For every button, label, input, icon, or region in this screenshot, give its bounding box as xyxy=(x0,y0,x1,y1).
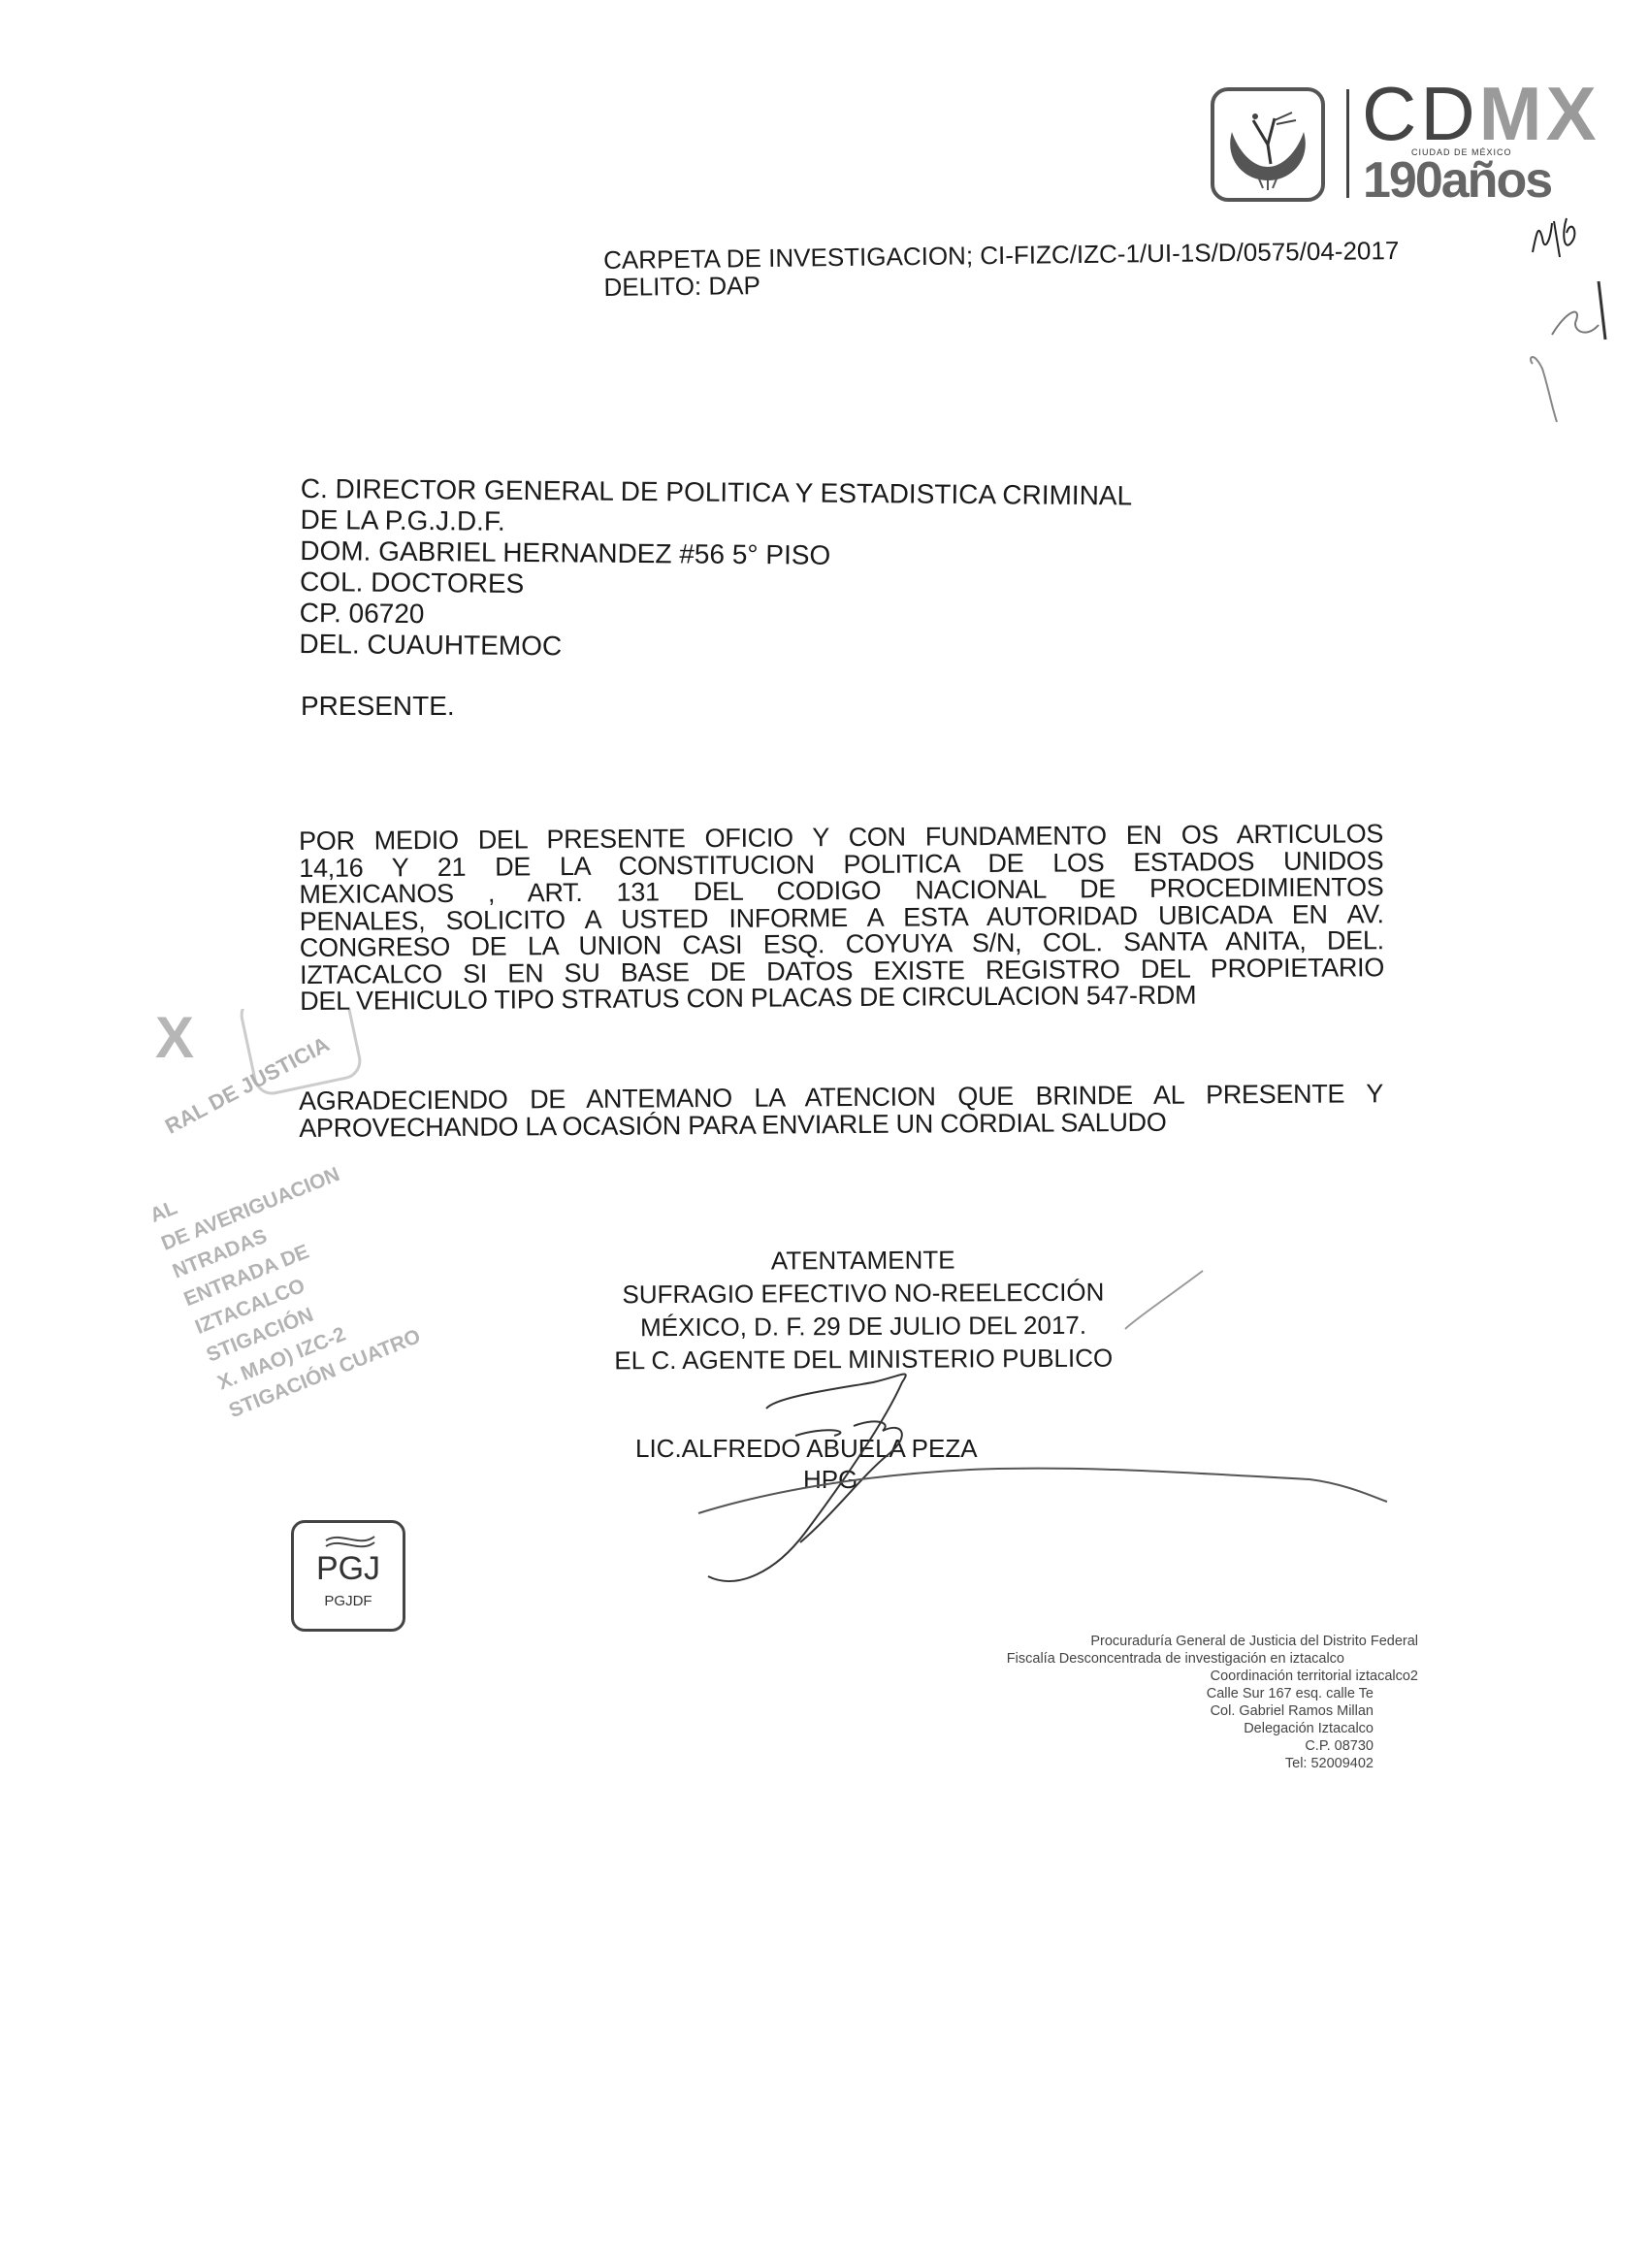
closing-block: ATENTAMENTE SUFRAGIO EFECTIVO NO-REELECC… xyxy=(543,1242,1184,1377)
anniversary-label: 190años xyxy=(1363,155,1551,206)
footer-line: C.P. 08730 xyxy=(1007,1737,1374,1755)
cdmx-wordmark: CDMX xyxy=(1362,76,1600,151)
cdmx-emblem-logo xyxy=(1211,87,1325,202)
salutation: PRESENTE. xyxy=(301,691,455,722)
body-line: DEL VEHICULO TIPO STRATUS CON PLACAS DE … xyxy=(300,981,1384,1015)
case-info: CARPETA DE INVESTIGACION; CI-FIZC/IZC-1/… xyxy=(603,237,1400,301)
cdmx-emblem-icon xyxy=(1214,91,1321,198)
body-paragraph-request: POR MEDIO DEL PRESENTE OFICIO Y CON FUND… xyxy=(299,821,1384,1015)
footer-line: Calle Sur 167 esq. calle Te xyxy=(1007,1685,1374,1702)
body-paragraph-thanks: AGRADECIENDO DE ANTEMANO LA ATENCION QUE… xyxy=(299,1081,1383,1142)
closing-line: SUFRAGIO EFECTIVO NO-REELECCIÓN xyxy=(543,1275,1183,1311)
signer-initials: HPG xyxy=(803,1465,857,1495)
addressee-block: C. DIRECTOR GENERAL DE POLITICA Y ESTADI… xyxy=(299,473,1132,666)
closing-line: MÉXICO, D. F. 29 DE JULIO DEL 2017. xyxy=(543,1308,1183,1344)
footer-line: Tel: 52009402 xyxy=(1007,1755,1374,1772)
pgj-logo-sub: PGJDF xyxy=(294,1593,403,1609)
footer-line: Fiscalía Desconcentrada de investigación… xyxy=(1007,1650,1344,1668)
footer-line: Delegación Iztacalco xyxy=(1007,1720,1374,1737)
pgj-logo-main: PGJ xyxy=(294,1552,403,1585)
addressee-line: DEL. CUAUHTEMOC xyxy=(299,629,1131,666)
footer-line: Col. Gabriel Ramos Millan xyxy=(1007,1702,1374,1720)
office-address-footer: Procuraduría General de Justicia del Dis… xyxy=(1007,1633,1418,1772)
pgj-waves-icon xyxy=(321,1533,379,1554)
footer-line: Procuraduría General de Justicia del Dis… xyxy=(1007,1633,1418,1650)
closing-line: EL C. AGENTE DEL MINISTERIO PUBLICO xyxy=(543,1341,1183,1377)
handwritten-folio-mark xyxy=(1523,213,1639,427)
closing-line: ATENTAMENTE xyxy=(543,1242,1183,1278)
body-line: APROVECHANDO LA OCASIÓN PARA ENVIARLE UN… xyxy=(299,1108,1383,1142)
pgj-logo: PGJ PGJDF xyxy=(291,1520,405,1632)
signer-name: LIC.ALFREDO ABUELA PEZA xyxy=(635,1434,978,1464)
footer-line: Coordinación territorial iztacalco2 xyxy=(1007,1668,1418,1685)
svg-text:X: X xyxy=(155,1009,194,1070)
logo-divider xyxy=(1346,89,1349,198)
